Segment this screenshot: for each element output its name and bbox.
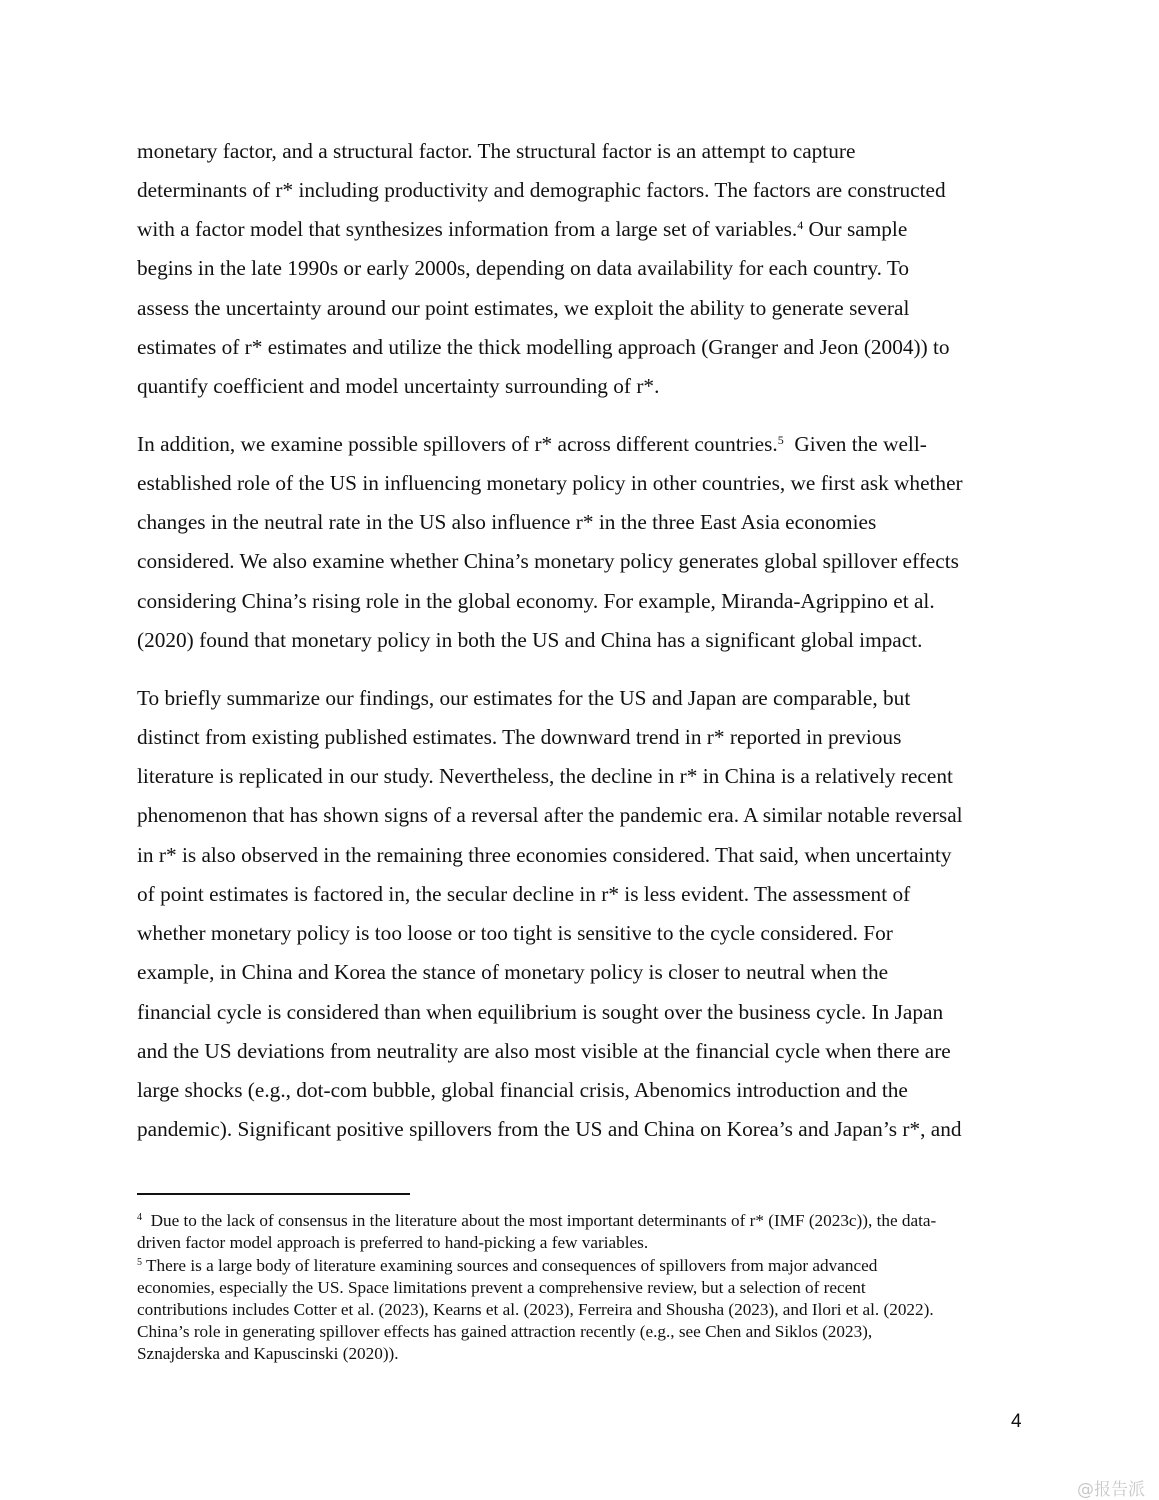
- text-line: literature is replicated in our study. N…: [137, 764, 953, 788]
- footnote-line: Sznajderska and Kapuscinski (2020)).: [137, 1344, 399, 1364]
- text-line: phenomenon that has shown signs of a rev…: [137, 803, 963, 827]
- text-line: distinct from existing published estimat…: [137, 725, 901, 749]
- text-line: pandemic). Significant positive spillove…: [137, 1117, 962, 1141]
- text-line: example, in China and Korea the stance o…: [137, 960, 888, 984]
- watermark: @报告派: [1077, 1475, 1145, 1500]
- text-line: begins in the late 1990s or early 2000s,…: [137, 256, 909, 280]
- footnote-line: China’s role in generating spillover eff…: [137, 1322, 872, 1342]
- text-line: In addition, we examine possible spillov…: [137, 432, 927, 456]
- text-line: financial cycle is considered than when …: [137, 1000, 943, 1024]
- text-line: with a factor model that synthesizes inf…: [137, 217, 907, 241]
- text-line: determinants of r* including productivit…: [137, 178, 946, 202]
- footnote-line: economies, especially the US. Space limi…: [137, 1278, 866, 1298]
- text-line: established role of the US in influencin…: [137, 471, 963, 495]
- text-line: assess the uncertainty around our point …: [137, 296, 909, 320]
- text-line: changes in the neutral rate in the US al…: [137, 510, 876, 534]
- text-line: large shocks (e.g., dot-com bubble, glob…: [137, 1078, 908, 1102]
- footnote-line: 4 Due to the lack of consensus in the li…: [137, 1211, 936, 1231]
- text-line: whether monetary policy is too loose or …: [137, 921, 893, 945]
- text-line: (2020) found that monetary policy in bot…: [137, 628, 922, 652]
- text-line: To briefly summarize our findings, our e…: [137, 686, 910, 710]
- page-number: 4: [1011, 1411, 1022, 1433]
- footnote-separator: [137, 1193, 410, 1195]
- text-line: quantify coefficient and model uncertain…: [137, 374, 659, 398]
- text-line: monetary factor, and a structural factor…: [137, 139, 855, 163]
- footnote-line: contributions includes Cotter et al. (20…: [137, 1300, 934, 1320]
- text-line: considered. We also examine whether Chin…: [137, 549, 959, 573]
- text-line: and the US deviations from neutrality ar…: [137, 1039, 951, 1063]
- text-line: estimates of r* estimates and utilize th…: [137, 335, 950, 359]
- footnote-line: 5 There is a large body of literature ex…: [137, 1256, 877, 1276]
- footnote-line: driven factor model approach is preferre…: [137, 1233, 648, 1253]
- text-line: of point estimates is factored in, the s…: [137, 882, 910, 906]
- text-line: considering China’s rising role in the g…: [137, 589, 935, 613]
- text-line: in r* is also observed in the remaining …: [137, 843, 952, 867]
